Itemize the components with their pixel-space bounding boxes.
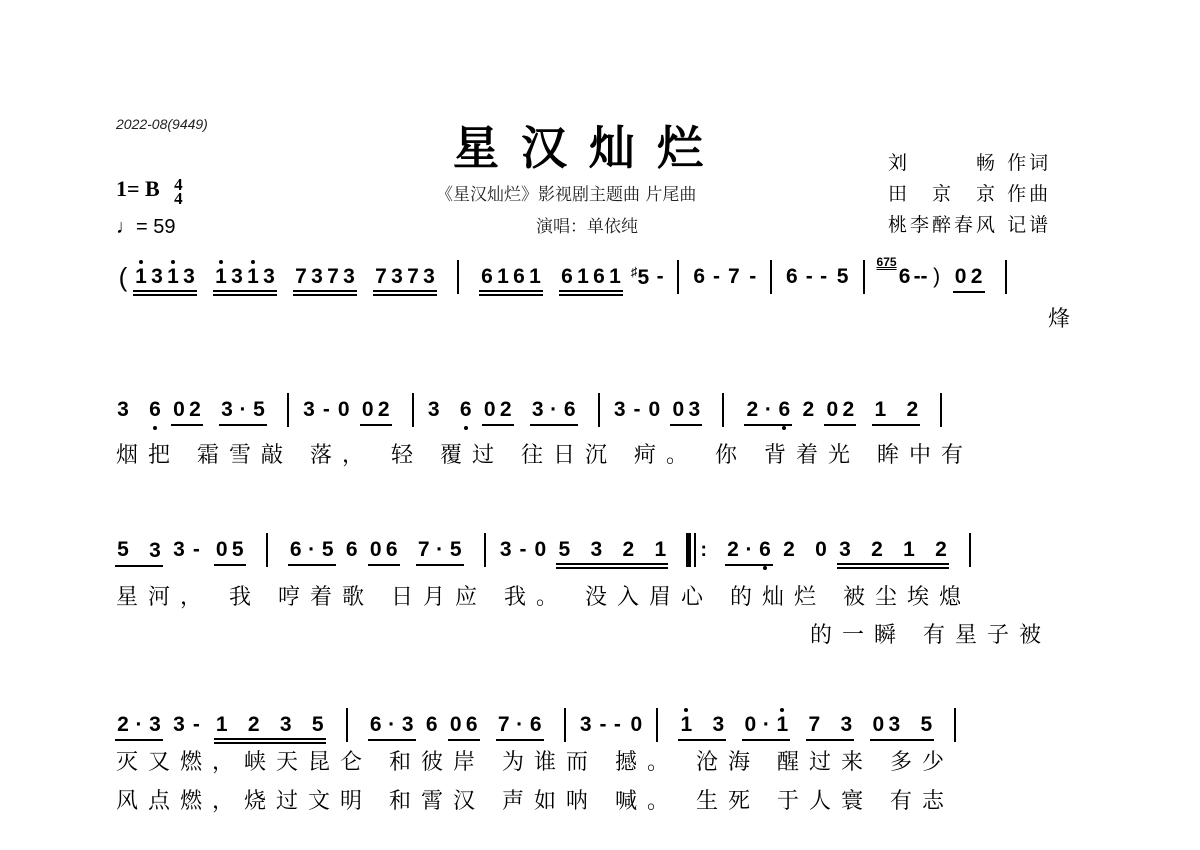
notation-line-3: 53 3 - 05 6·5 6 06 7·5 3 - 0 5321 : 2·6 …	[115, 530, 983, 570]
page-title: 星汉灿烂	[453, 112, 725, 178]
lyrics-line-3-verse-2: 的一瞬 有星子被	[810, 618, 1051, 649]
key-signature: 1= B 4 4	[116, 176, 183, 206]
tempo: ♩= 59	[116, 216, 175, 239]
key-label: 1= B	[116, 176, 160, 201]
lyrics-line-3: 星河， 我 哼着歌 日月应 我。 没入眉心 的灿烂 被尘埃熄	[116, 580, 971, 611]
lyrics-line-1: 烽	[1048, 302, 1080, 333]
lyrics-line-4: 灭又燃，峡天昆仑 和彼岸 为谁而 撼。 沧海 醒过来 多少	[116, 745, 954, 776]
credit-transcriber: 桃李醉春风 记谱	[888, 210, 1051, 237]
notation-line-2: 36 02 3·5 3 - 0 02 36 02 3·6 3 - 0 03 2·…	[115, 390, 954, 430]
lyrics-line-2: 烟把 霜雪敲 落， 轻 覆过 往日沉 疴。 你 背着光 眸中有	[116, 438, 973, 469]
notation-line-4: 2·3 3 - 1235 6·3 6 06 7·6 3 - - 0 13 0·1…	[115, 705, 968, 745]
subtitle: 《星汉灿烂》影视剧主题曲 片尾曲	[436, 180, 696, 205]
repeat-start-sign: :	[686, 533, 707, 567]
lyrics-line-4-verse-2: 风点燃，烧过文明 和霄汉 声如呐 喊。 生死 于人寰 有志	[116, 784, 954, 815]
score-code: 2022-08(9449)	[116, 116, 208, 132]
singer: 演唱：单依纯	[536, 212, 638, 237]
credit-composer: 田 京 京 作曲	[888, 179, 1051, 206]
time-signature: 4 4	[174, 178, 183, 206]
credit-lyricist: 刘 畅 作词	[888, 148, 1051, 175]
notation-line-1: ( 1313 1313 7373 7373 6161 6161 ♯5 - 6 -…	[115, 257, 1019, 297]
quarter-note-icon: ♩	[116, 216, 136, 238]
grace-notes: 675	[877, 255, 897, 269]
